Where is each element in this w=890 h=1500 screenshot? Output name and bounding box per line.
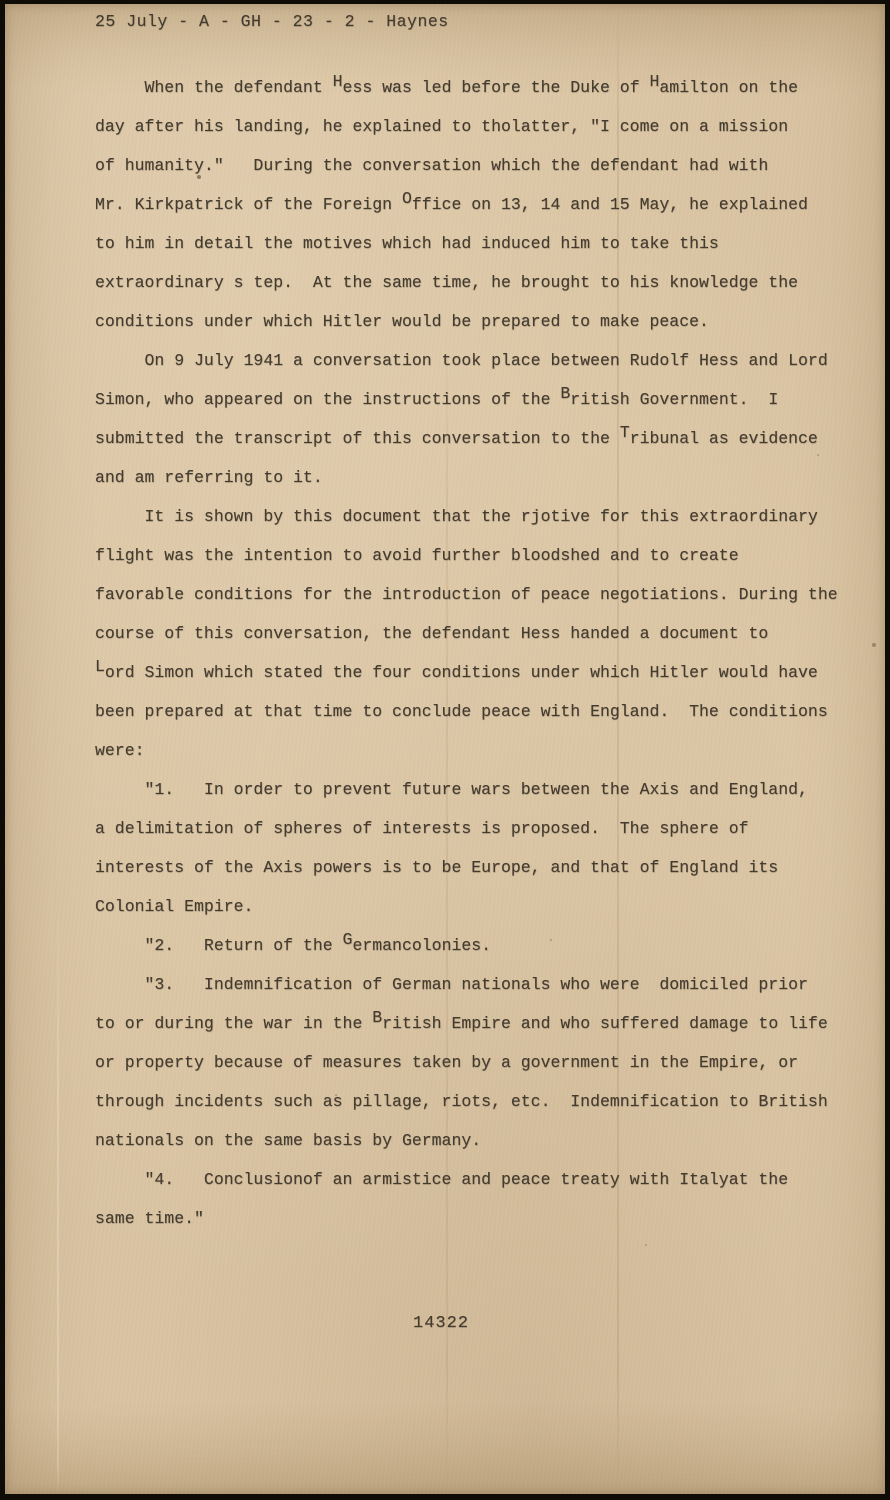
typed-line: Lord Simon which stated the four conditi… xyxy=(95,653,877,692)
typed-line: favorable conditions for the introductio… xyxy=(95,575,877,614)
typed-line: Colonial Empire. xyxy=(95,887,877,926)
typed-line: extraordinary s tep. At the same time, h… xyxy=(95,263,877,302)
typed-line: or property because of measures taken by… xyxy=(95,1043,877,1082)
typed-line: to or during the war in the British Empi… xyxy=(95,1004,877,1043)
typed-line: When the defendant Hess was led before t… xyxy=(95,68,877,107)
typed-line: "2. Return of the Germancolonies. xyxy=(95,926,877,965)
typed-line: conditions under which Hitler would be p… xyxy=(95,302,877,341)
typed-line: "4. Conclusionof an armistice and peace … xyxy=(95,1160,877,1199)
typed-line: On 9 July 1941 a conversation took place… xyxy=(95,341,877,380)
typed-line: "3. Indemnification of German nationals … xyxy=(95,965,877,1004)
typed-line: of humanity." During the conversation wh… xyxy=(95,146,877,185)
typed-line: were: xyxy=(95,731,877,770)
paper: 25 July - A - GH - 23 - 2 - Haynes When … xyxy=(5,4,885,1494)
typed-line: "1. In order to prevent future wars betw… xyxy=(95,770,877,809)
scan-background: 25 July - A - GH - 23 - 2 - Haynes When … xyxy=(0,0,890,1500)
document-body: When the defendant Hess was led before t… xyxy=(95,68,877,1238)
typed-line: through incidents such as pillage, riots… xyxy=(95,1082,877,1121)
typed-line: submitted the transcript of this convers… xyxy=(95,419,877,458)
paper-crease xyxy=(57,904,59,1494)
typed-line: Mr. Kirkpatrick of the Foreign Office on… xyxy=(95,185,877,224)
typed-line: a delimitation of spheres of interests i… xyxy=(95,809,877,848)
typed-line: interests of the Axis powers is to be Eu… xyxy=(95,848,877,887)
typed-line: nationals on the same basis by Germany. xyxy=(95,1121,877,1160)
typed-line: same time." xyxy=(95,1199,877,1238)
typed-line: course of this conversation, the defenda… xyxy=(95,614,877,653)
page-number: 14322 xyxy=(413,1314,469,1333)
typed-line: day after his landing, he explained to t… xyxy=(95,107,877,146)
document-header: 25 July - A - GH - 23 - 2 - Haynes xyxy=(95,10,449,34)
typed-line: been prepared at that time to conclude p… xyxy=(95,692,877,731)
typed-line: and am referring to it. xyxy=(95,458,877,497)
typed-line: to him in detail the motives which had i… xyxy=(95,224,877,263)
typed-line: Simon, who appeared on the instructions … xyxy=(95,380,877,419)
paper-specks xyxy=(5,4,7,6)
typed-line: flight was the intention to avoid furthe… xyxy=(95,536,877,575)
typed-line: It is shown by this document that the rj… xyxy=(95,497,877,536)
